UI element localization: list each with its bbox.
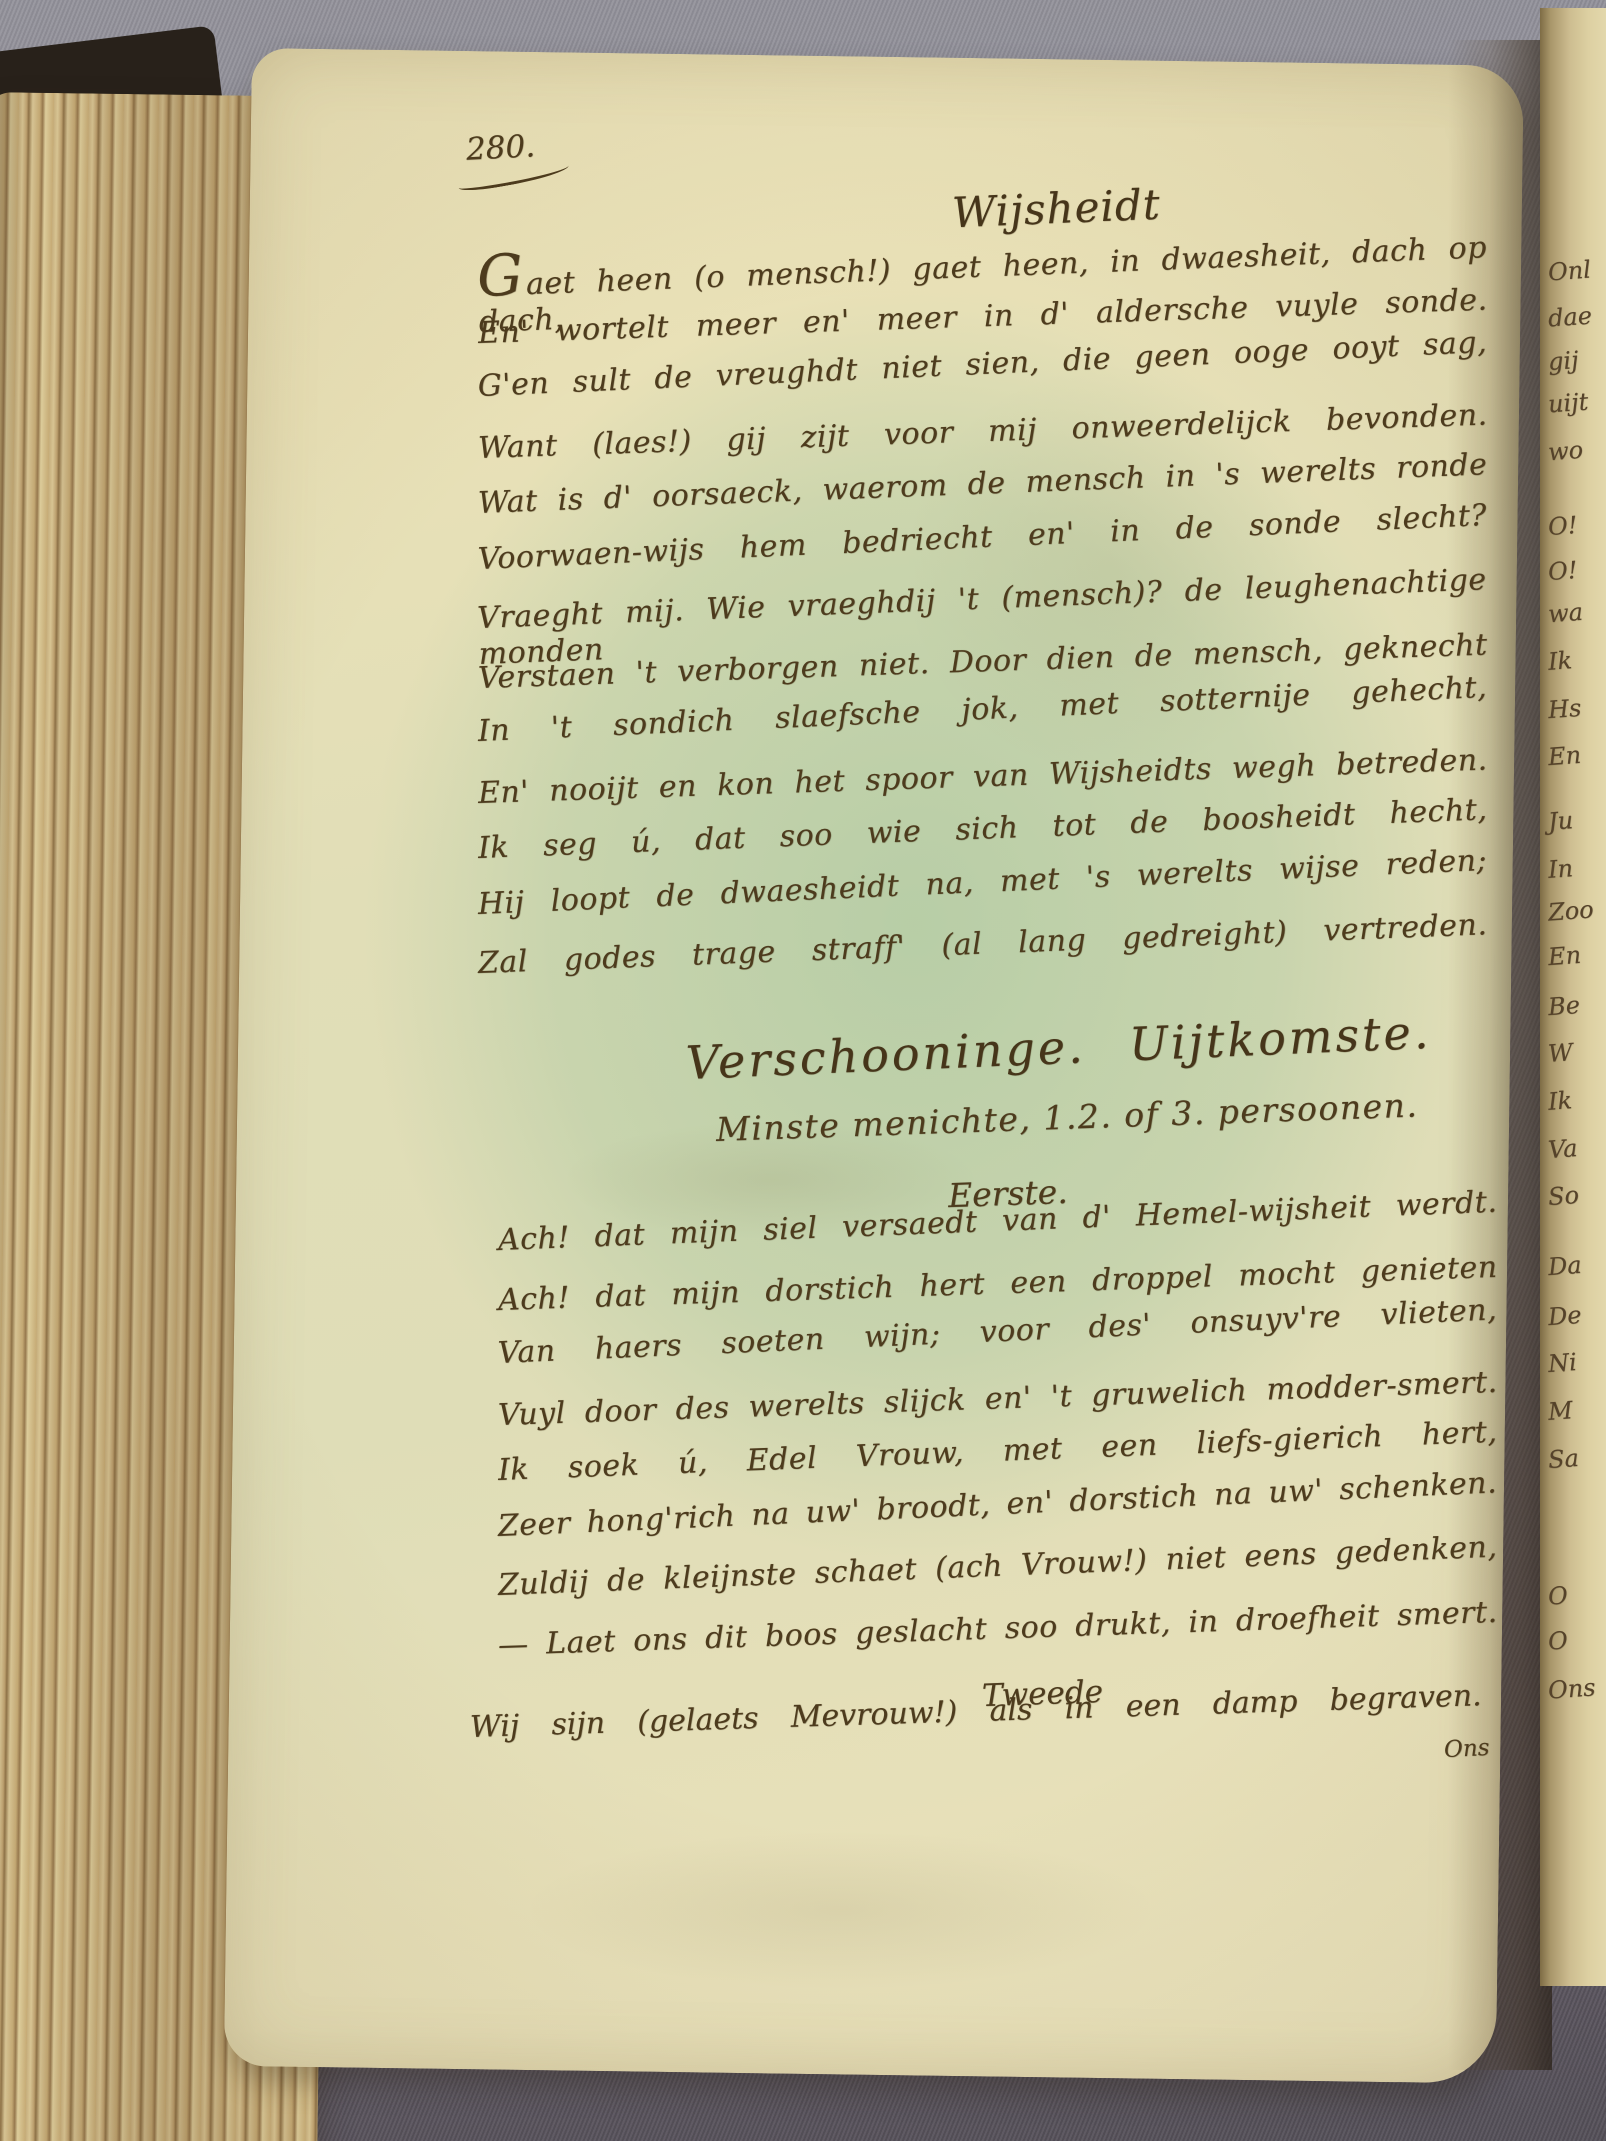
facing-page-text-fragment: En	[1547, 742, 1582, 770]
facing-page-text-fragment: In	[1547, 855, 1574, 883]
facing-page-text-fragment: Ons	[1547, 1674, 1596, 1703]
facing-page-text-fragment: Ik	[1547, 647, 1573, 675]
facing-page-strip: OnldaegijuijtwoO!O!waIkHsEnJuInZooEnBeWI…	[1540, 8, 1606, 1986]
facing-page-text-fragment: O	[1547, 1627, 1568, 1654]
facing-page-text-fragment: Hs	[1547, 695, 1582, 723]
facing-page-text-fragment: Da	[1547, 1252, 1582, 1280]
facing-page-text-fragment: wa	[1547, 599, 1584, 627]
facing-page-text-fragment: wo	[1547, 437, 1584, 465]
poem-block-2: Ach! dat mijn siel versaedt van d' Hemel…	[498, 1223, 1498, 1703]
facing-page-text-fragment: O	[1547, 1582, 1568, 1609]
heading-minste-menichte: Minste menichte, 1.2. of 3. persoonen.	[715, 1085, 1419, 1148]
facing-page-text-fragment: So	[1547, 1182, 1580, 1210]
gutter-shadow	[1448, 40, 1552, 2070]
facing-page-text-fragment: Onl	[1547, 257, 1592, 286]
facing-page-text-fragment: Be	[1547, 992, 1581, 1020]
page-title: Wijsheidt	[951, 180, 1161, 238]
facing-page-text-fragment: Sa	[1547, 1445, 1579, 1473]
facing-page-text-fragment: O!	[1547, 557, 1578, 585]
facing-page-text-fragment: dae	[1547, 303, 1593, 332]
book-photo: 280. Wijsheidt Gaet heen (o mensch!) gae…	[0, 0, 1606, 2141]
handwritten-line: Zuldij de kleijnste schaet (ach Vrouw!) …	[497, 1530, 1498, 1604]
handwritten-line: — Laet ons dit boos geslacht soo drukt, …	[497, 1594, 1498, 1663]
facing-page-text-fragment: De	[1547, 1302, 1582, 1330]
facing-page-text-fragment: uijt	[1547, 389, 1589, 418]
handwritten-line: Zal godes trage straff' (al lang gedreig…	[477, 907, 1488, 982]
page-number: 280.	[465, 128, 536, 168]
facing-page-text-fragment: Zoo	[1547, 896, 1594, 925]
facing-page-text-fragment: gij	[1547, 347, 1579, 375]
facing-page-text-fragment: Ik	[1547, 1087, 1573, 1115]
facing-page-text-fragment: M	[1547, 1397, 1573, 1425]
poem-block-1: Gaet heen (o mensch!) gaet heen, in dwae…	[478, 256, 1488, 1036]
facing-page-text-fragment: En	[1547, 942, 1582, 970]
facing-page-text-fragment: W	[1547, 1039, 1573, 1067]
page-number-text: 280.	[465, 128, 536, 168]
facing-page-text-fragment: Va	[1547, 1135, 1578, 1163]
facing-page-text-fragment: Ni	[1547, 1349, 1577, 1377]
page-content: 280. Wijsheidt Gaet heen (o mensch!) gae…	[0, 0, 1606, 2141]
facing-page-text-fragment: O!	[1547, 512, 1578, 540]
facing-page-text-fragment: Ju	[1547, 807, 1574, 835]
